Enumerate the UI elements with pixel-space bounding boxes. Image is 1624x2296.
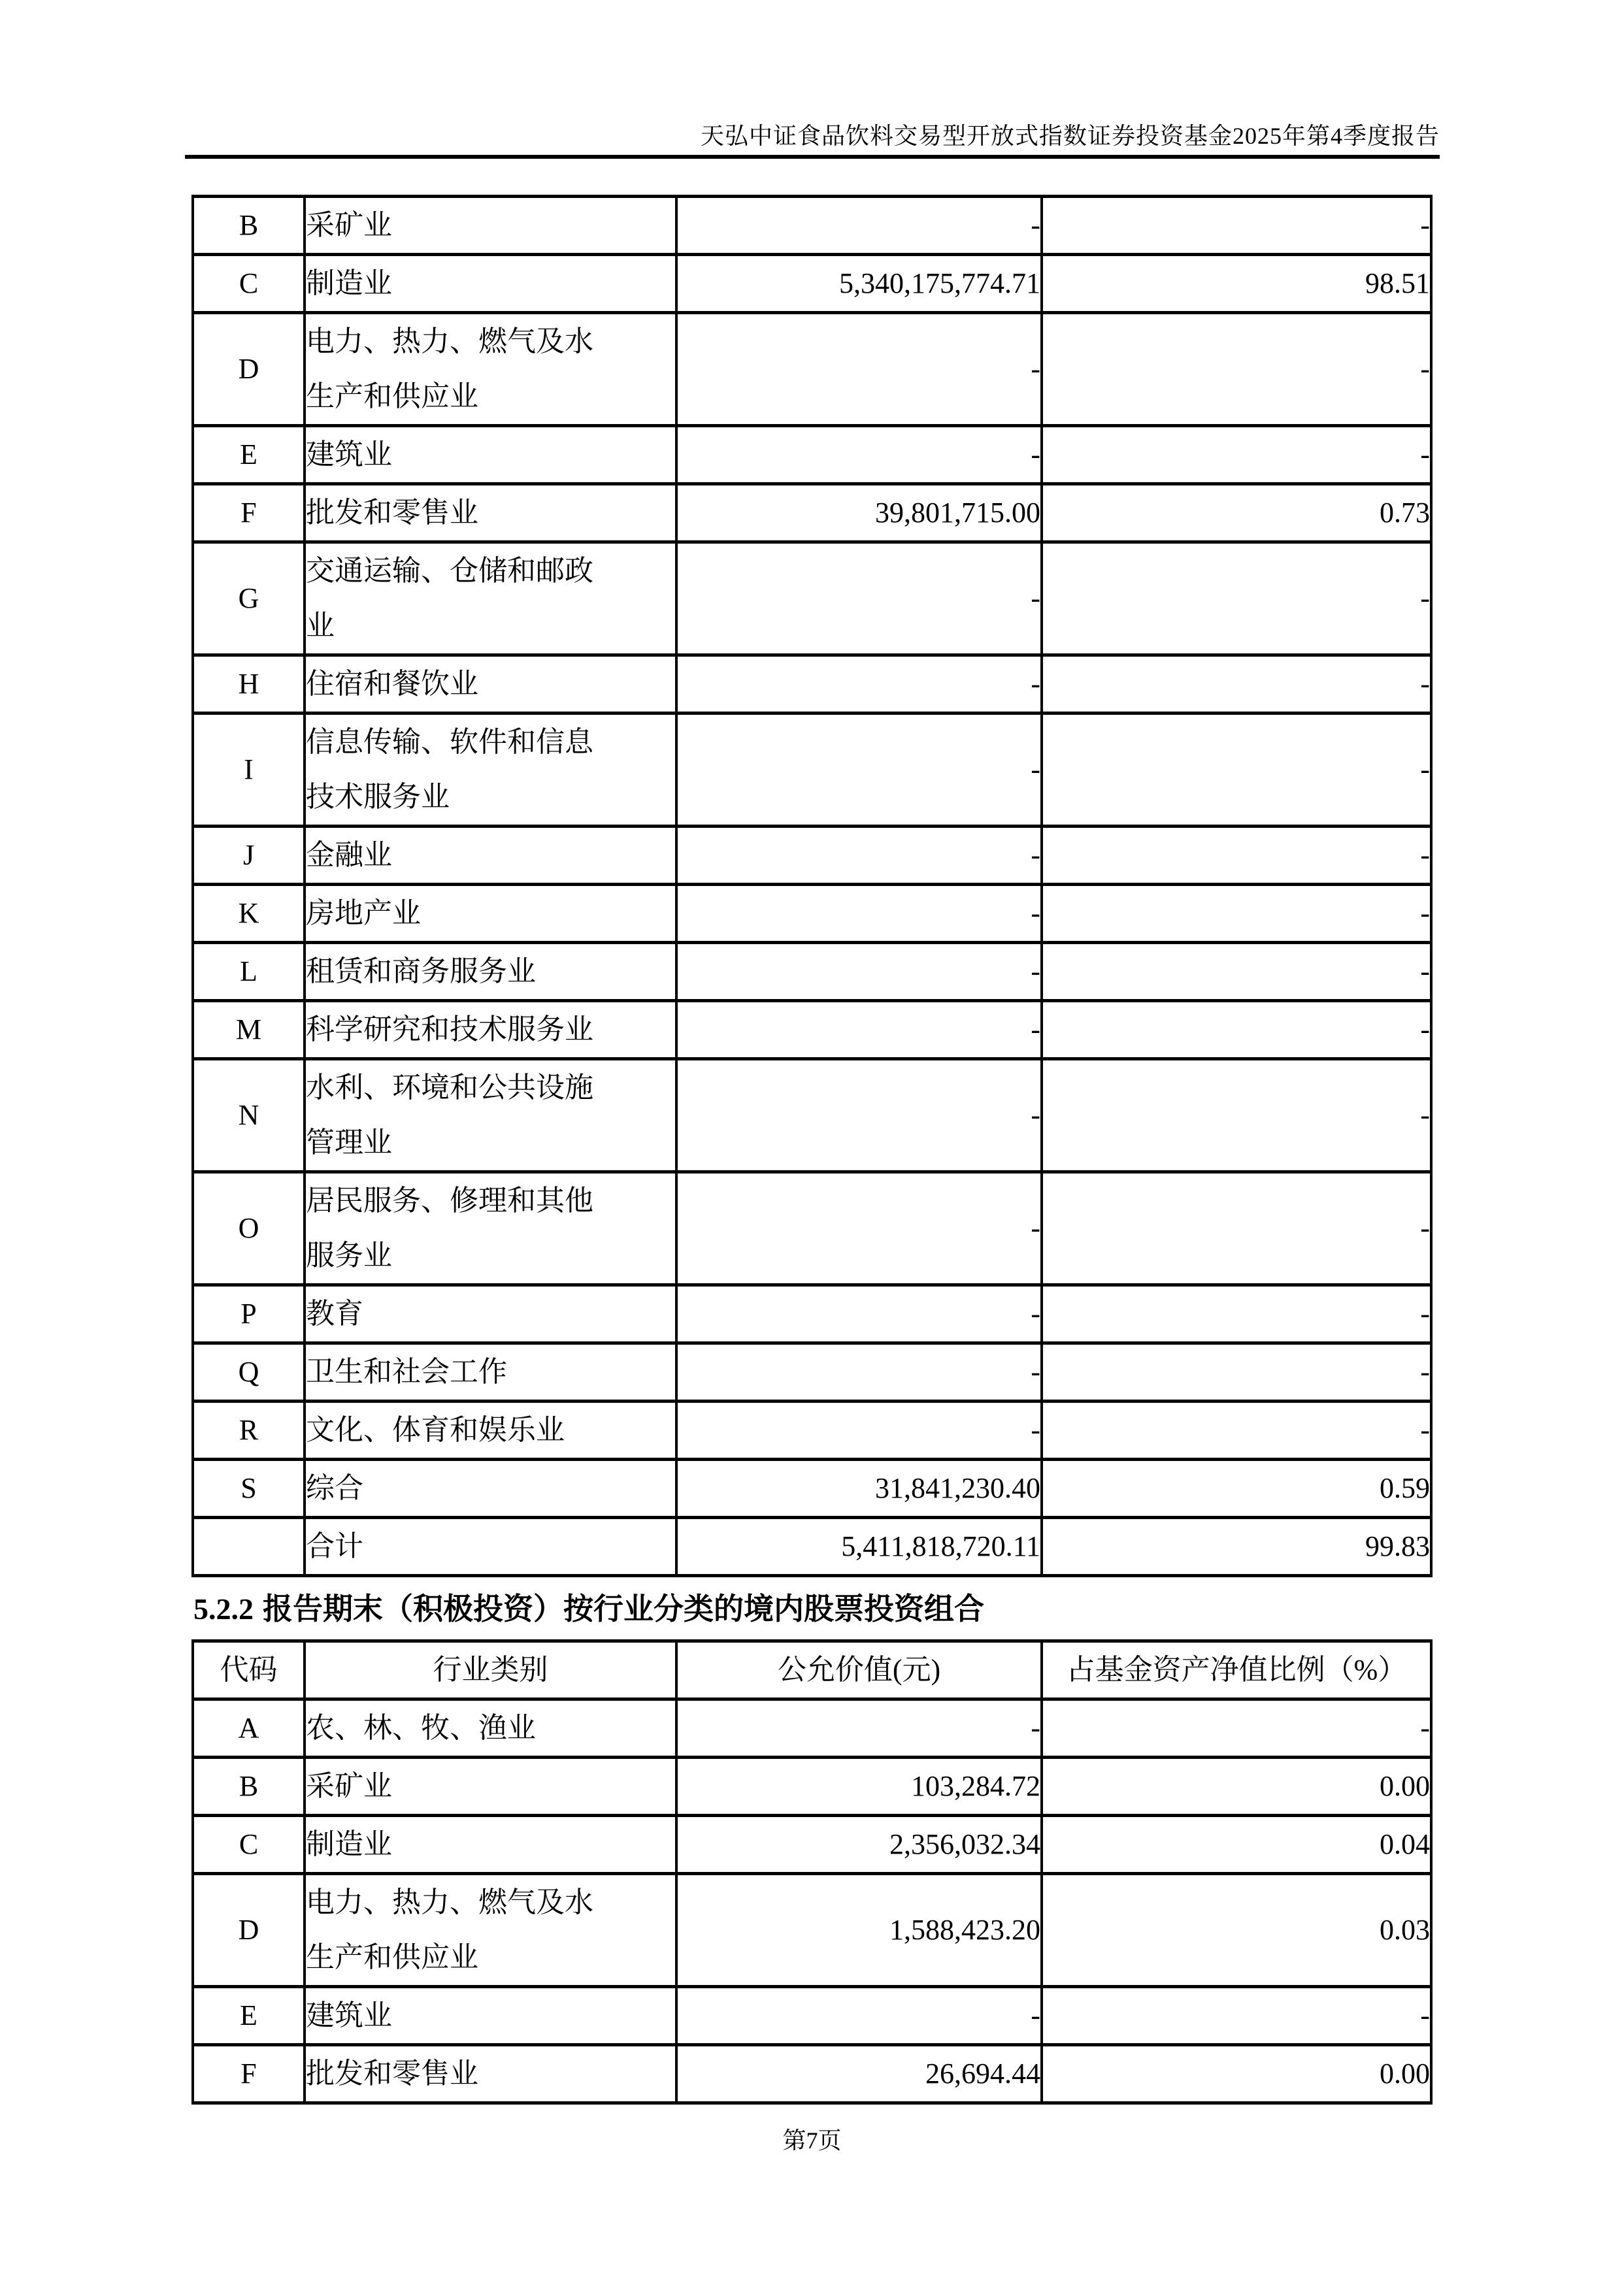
table-row: P教育-- [193,1285,1431,1343]
fair-value-cell: - [676,1699,1042,1758]
report-page: 天弘中证食品饮料交易型开放式指数证券投资基金2025年第4季度报告 B采矿业--… [0,0,1624,2296]
fair-value-cell: - [676,1285,1042,1343]
industry-code-cell: Q [193,1343,305,1402]
industry-code-cell: L [193,943,305,1001]
net-ratio-cell: - [1042,426,1431,484]
industry-code-cell: J [193,827,305,885]
code-column-header: 代码 [193,1641,305,1699]
table-row: H住宿和餐饮业-- [193,655,1431,713]
net-ratio-cell: - [1042,1172,1431,1285]
fair-value-cell: - [676,713,1042,827]
industry-code-cell: B [193,1758,305,1816]
industry-name-cell: 批发和零售业 [305,2045,676,2103]
industry-code-cell: R [193,1402,305,1460]
table-row: G交通运输、仓储和邮政 业-- [193,542,1431,655]
table-row: L租赁和商务服务业-- [193,943,1431,1001]
net-ratio-cell: - [1042,1987,1431,2045]
net-ratio-cell: - [1042,827,1431,885]
active-investment-industry-table: 代码 行业类别 公允价值(元) 占基金资产净值比例（%） A农、林、牧、渔业--… [191,1639,1433,2105]
industry-name-cell: 制造业 [305,255,676,313]
industry-code-cell: P [193,1285,305,1343]
net-ratio-cell: 98.51 [1042,255,1431,313]
net-ratio-cell: - [1042,1343,1431,1402]
table-row: M科学研究和技术服务业-- [193,1001,1431,1059]
net-ratio-cell: - [1042,313,1431,426]
net-ratio-cell: 0.04 [1042,1816,1431,1874]
industry-name-cell: 居民服务、修理和其他 服务业 [305,1172,676,1285]
fair-value-cell: - [676,313,1042,426]
table-row: E建筑业-- [193,426,1431,484]
net-ratio-cell: 0.73 [1042,484,1431,542]
net-ratio-cell: 0.59 [1042,1460,1431,1518]
fair-value-cell: - [676,426,1042,484]
section-title: 报告期末（积极投资）按行业分类的境内股票投资组合 [263,1592,984,1626]
net-ratio-cell: - [1042,655,1431,713]
industry-name-cell: 建筑业 [305,426,676,484]
fair-value-cell: 26,694.44 [676,2045,1042,2103]
industry-name-cell: 建筑业 [305,1987,676,2045]
industry-portfolio-table-continued: B采矿业--C制造业5,340,175,774.7198.51D电力、热力、燃气… [191,195,1433,1577]
industry-code-cell: F [193,484,305,542]
table-row: C制造业5,340,175,774.7198.51 [193,255,1431,313]
fair-value-cell: - [676,197,1042,255]
table-header-row: 代码 行业类别 公允价值(元) 占基金资产净值比例（%） [193,1641,1431,1699]
net-ratio-cell: - [1042,713,1431,827]
table-row: J金融业-- [193,827,1431,885]
fair-value-cell: - [676,655,1042,713]
net-ratio-cell: 0.00 [1042,2045,1431,2103]
industry-code-cell: M [193,1001,305,1059]
fair-value-cell: 39,801,715.00 [676,484,1042,542]
table-row: B采矿业-- [193,197,1431,255]
fair-value-cell: 2,356,032.34 [676,1816,1042,1874]
fair-value-cell: 103,284.72 [676,1758,1042,1816]
fair-value-cell: - [676,1059,1042,1172]
industry-name-cell: 卫生和社会工作 [305,1343,676,1402]
net-ratio-cell: - [1042,943,1431,1001]
industry-code-cell: G [193,542,305,655]
header-rule [185,155,1440,159]
net-ratio-cell: 0.00 [1042,1758,1431,1816]
industry-code-cell: E [193,1987,305,2045]
fair-value-cell: - [676,827,1042,885]
fair-value-cell: - [676,943,1042,1001]
table-row: A农、林、牧、渔业-- [193,1699,1431,1758]
table-row: Q卫生和社会工作-- [193,1343,1431,1402]
table-row: C制造业2,356,032.340.04 [193,1816,1431,1874]
industry-code-cell: F [193,2045,305,2103]
section-number: 5.2.2 [193,1592,254,1626]
industry-name-cell: 租赁和商务服务业 [305,943,676,1001]
industry-code-cell: D [193,1874,305,1987]
industry-name-cell: 交通运输、仓储和邮政 业 [305,542,676,655]
net-ratio-cell: - [1042,1285,1431,1343]
industry-code-cell: S [193,1460,305,1518]
industry-code-cell: O [193,1172,305,1285]
table-row: F批发和零售业39,801,715.000.73 [193,484,1431,542]
industry-name-cell: 采矿业 [305,197,676,255]
industry-name-cell: 房地产业 [305,885,676,943]
fair-value-cell: - [676,1402,1042,1460]
fair-value-cell: 31,841,230.40 [676,1460,1042,1518]
table-row: 合计5,411,818,720.1199.83 [193,1518,1431,1576]
industry-name-cell: 采矿业 [305,1758,676,1816]
industry-name-cell: 制造业 [305,1816,676,1874]
industry-name-cell: 文化、体育和娱乐业 [305,1402,676,1460]
industry-name-cell: 住宿和餐饮业 [305,655,676,713]
fair-value-cell: - [676,1343,1042,1402]
page-number: 第7页 [0,2122,1624,2156]
industry-code-cell: B [193,197,305,255]
industry-code-cell: E [193,426,305,484]
net-ratio-cell: 99.83 [1042,1518,1431,1576]
fair-value-cell: - [676,1001,1042,1059]
table-row: F批发和零售业26,694.440.00 [193,2045,1431,2103]
industry-code-cell: K [193,885,305,943]
table-row: R文化、体育和娱乐业-- [193,1402,1431,1460]
industry-code-cell [193,1518,305,1576]
industry-name-cell: 农、林、牧、渔业 [305,1699,676,1758]
table-row: K房地产业-- [193,885,1431,943]
fair-value-cell: - [676,542,1042,655]
industry-name-cell: 电力、热力、燃气及水 生产和供应业 [305,313,676,426]
industry-column-header: 行业类别 [305,1641,676,1699]
table-row: S综合31,841,230.400.59 [193,1460,1431,1518]
industry-name-cell: 科学研究和技术服务业 [305,1001,676,1059]
fair-value-cell: - [676,1172,1042,1285]
industry-code-cell: A [193,1699,305,1758]
fair-value-column-header: 公允价值(元) [676,1641,1042,1699]
table-row: D电力、热力、燃气及水 生产和供应业1,588,423.200.03 [193,1874,1431,1987]
industry-name-cell: 综合 [305,1460,676,1518]
industry-name-cell: 教育 [305,1285,676,1343]
fair-value-cell: 1,588,423.20 [676,1874,1042,1987]
table-row: B采矿业103,284.720.00 [193,1758,1431,1816]
net-ratio-cell: - [1042,885,1431,943]
net-ratio-cell: - [1042,1402,1431,1460]
industry-name-cell: 合计 [305,1518,676,1576]
industry-name-cell: 水利、环境和公共设施 管理业 [305,1059,676,1172]
net-ratio-cell: 0.03 [1042,1874,1431,1987]
table-row: I信息传输、软件和信息 技术服务业-- [193,713,1431,827]
industry-code-cell: C [193,255,305,313]
industry-code-cell: C [193,1816,305,1874]
industry-name-cell: 金融业 [305,827,676,885]
net-ratio-column-header: 占基金资产净值比例（%） [1042,1641,1431,1699]
fair-value-cell: - [676,885,1042,943]
net-ratio-cell: - [1042,542,1431,655]
table-row: D电力、热力、燃气及水 生产和供应业-- [193,313,1431,426]
net-ratio-cell: - [1042,1059,1431,1172]
fair-value-cell: 5,411,818,720.11 [676,1518,1042,1576]
net-ratio-cell: - [1042,1699,1431,1758]
industry-code-cell: N [193,1059,305,1172]
page-header-title: 天弘中证食品饮料交易型开放式指数证券投资基金2025年第4季度报告 [701,118,1440,151]
industry-code-cell: I [193,713,305,827]
industry-name-cell: 电力、热力、燃气及水 生产和供应业 [305,1874,676,1987]
fair-value-cell: - [676,1987,1042,2045]
industry-code-cell: H [193,655,305,713]
table-row: N水利、环境和公共设施 管理业-- [193,1059,1431,1172]
industry-name-cell: 批发和零售业 [305,484,676,542]
industry-code-cell: D [193,313,305,426]
table-row: O居民服务、修理和其他 服务业-- [193,1172,1431,1285]
net-ratio-cell: - [1042,1001,1431,1059]
industry-name-cell: 信息传输、软件和信息 技术服务业 [305,713,676,827]
fair-value-cell: 5,340,175,774.71 [676,255,1042,313]
section-heading: 5.2.2报告期末（积极投资）按行业分类的境内股票投资组合 [193,1585,984,1628]
net-ratio-cell: - [1042,197,1431,255]
table-row: E建筑业-- [193,1987,1431,2045]
